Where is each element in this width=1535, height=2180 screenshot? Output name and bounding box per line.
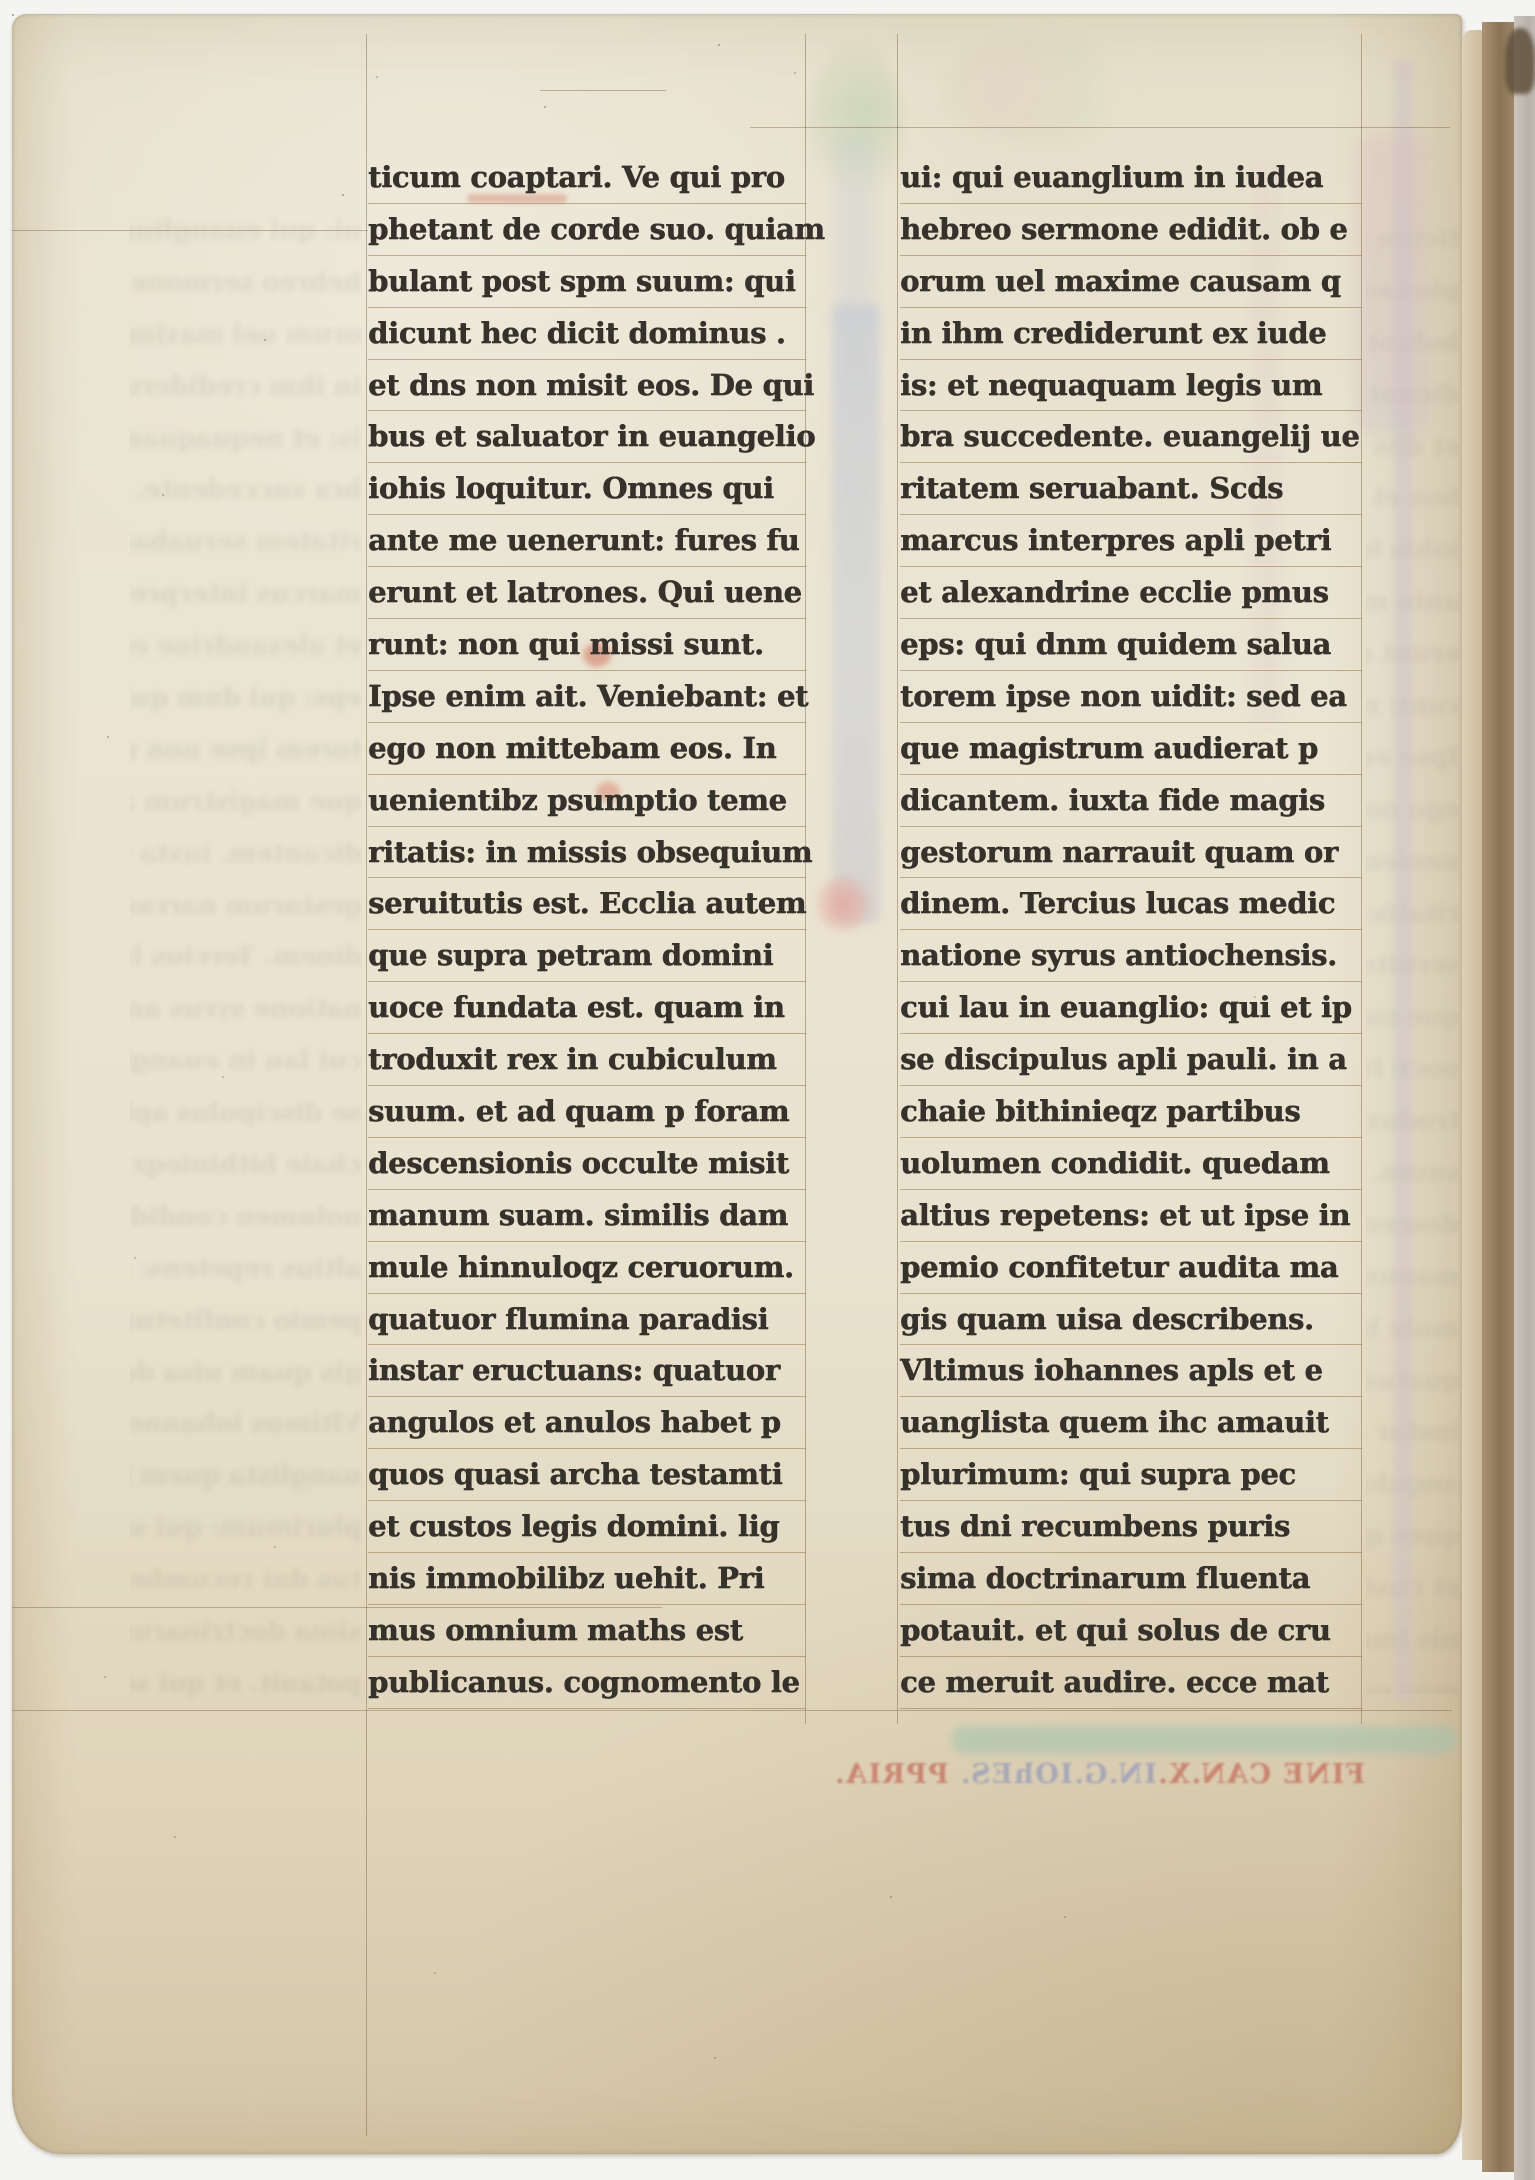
ghost-line: iohis loquitur. Omnes qui (1366, 525, 1460, 577)
manuscript-line: chaie bithinieqz partibus (900, 1086, 1362, 1138)
ghost-line: ante me uenerunt: fures fu (1366, 577, 1460, 629)
manuscript-line-text: ticum coaptari. Ve qui pro (368, 160, 785, 194)
manuscript-line-text: potauit. et qui solus de cru (900, 1613, 1331, 1647)
text-column-right: ui: qui euanglium in iudeahebreo sermone… (900, 152, 1362, 1709)
manuscript-line-text: mus omnium maths est (368, 1613, 743, 1647)
manuscript-line: que magistrum audierat p (900, 723, 1362, 775)
manuscript-line: uenientibz psumptio teme (368, 775, 806, 827)
manuscript-line-text: chaie bithinieqz partibus (900, 1094, 1300, 1128)
ghost-line: angulos et anulos habet p (1366, 1459, 1460, 1511)
manuscript-line: manum suam. similis dam (368, 1190, 806, 1242)
manuscript-line: dicantem. iuxta fide magis (900, 775, 1362, 827)
ghost-line: gestorum narrauit quam or (130, 881, 362, 933)
binding-shadow (1505, 28, 1535, 94)
manuscript-line: ce meruit audire. ecce mat (900, 1657, 1362, 1709)
ghost-line-text: nis immobilibz uehit. Pri (1366, 1625, 1460, 1655)
ghost-line-text: pemio confitetur audita ma (130, 1306, 362, 1336)
manuscript-line: runt: non qui missi sunt. (368, 619, 806, 671)
manuscript-line: ritatis: in missis obsequium (368, 827, 806, 879)
ghost-line-text: dinem. Tercius lucas medic (130, 942, 362, 972)
ghost-line: troduxit rex in cubiculum (1366, 1096, 1460, 1148)
ghost-line: ego non mittebam eos. In (1366, 785, 1460, 837)
manuscript-line-text: dicantem. iuxta fide magis (900, 783, 1325, 817)
ghost-line: dicunt hec dicit dominus . (1366, 370, 1460, 422)
manuscript-photo: ui: qui euanglium in iudeahebreo sermone… (0, 0, 1535, 2180)
manuscript-line-text: dinem. Tercius lucas medic (900, 886, 1335, 920)
ghost-line-text: que supra petram domini (1366, 1002, 1460, 1032)
manuscript-line-text: marcus interpres apli petri (900, 523, 1331, 557)
manuscript-line-text: in ihm crediderunt ex iude (900, 316, 1326, 350)
bleedthrough-bar-decoration (832, 304, 880, 924)
manuscript-line-text: uenientibz psumptio teme (368, 783, 787, 817)
manuscript-line: in ihm crediderunt ex iude (900, 308, 1362, 360)
ghost-line-text: suum. et ad quam p foram (1366, 1158, 1460, 1188)
ghost-line: orum uel maxime causam q (130, 310, 362, 362)
ghost-line-text: hebreo sermone edidit. ob e (130, 268, 362, 298)
manuscript-line-text: et dns non misit eos. De qui (368, 368, 814, 402)
manuscript-line: plurimum: qui supra pec (900, 1449, 1362, 1501)
parchment-page: ui: qui euanglium in iudeahebreo sermone… (12, 14, 1462, 2154)
ghost-line: potauit. et qui solus de cru (130, 1659, 362, 1706)
ghost-line: seruitutis est. Ecclia autem (1366, 940, 1460, 992)
ghost-line-text: runt: non qui missi sunt. (1366, 691, 1460, 721)
ghost-line-text: ante me uenerunt: fures fu (1366, 587, 1460, 617)
ghost-line-text: se discipulus apli pauli. in a (130, 1098, 362, 1128)
ghost-line: eps: qui dnm quidem salua (130, 673, 362, 725)
ghost-line-text: et alexandrine ecclie pmus (130, 631, 362, 661)
ghost-line: et custos legis domini. lig (1366, 1563, 1460, 1615)
manuscript-line: et custos legis domini. lig (368, 1501, 806, 1553)
manuscript-line-text: troduxit rex in cubiculum (368, 1042, 777, 1076)
manuscript-line: orum uel maxime causam q (900, 256, 1362, 308)
manuscript-line: altius repetens: et ut ipse in (900, 1190, 1362, 1242)
ghost-line: bus et saluator in euangelio (1366, 473, 1460, 525)
manuscript-line: pemio confitetur audita ma (900, 1242, 1362, 1294)
manuscript-line: is: et nequaquam legis um (900, 360, 1362, 412)
manuscript-line: uolumen condidit. quedam (900, 1138, 1362, 1190)
manuscript-line-text: ego non mittebam eos. In (368, 731, 776, 765)
manuscript-line: se discipulus apli pauli. in a (900, 1034, 1362, 1086)
manuscript-line-text: erunt et latrones. Qui uene (368, 575, 802, 609)
ghost-line-text: mus omnium maths est (1366, 1677, 1460, 1694)
manuscript-line: que supra petram domini (368, 930, 806, 982)
ruling-line-horizontal (540, 90, 666, 91)
manuscript-line-text: bulant post spm suum: qui (368, 264, 795, 298)
rubric-segment: IN.G.IOhES. (960, 1759, 1157, 1790)
ghost-line-text: torem ipse non uidit: sed ea (130, 735, 362, 765)
manuscript-line-text: angulos et anulos habet p (368, 1405, 781, 1439)
ghost-line: Ipse enim ait. Veniebant: et (1366, 733, 1460, 785)
manuscript-line-text: et custos legis domini. lig (368, 1509, 779, 1543)
ghost-line-text: gestorum narrauit quam or (130, 891, 362, 921)
manuscript-line: marcus interpres apli petri (900, 515, 1362, 567)
manuscript-line: uoce fundata est. quam in (368, 982, 806, 1034)
manuscript-line-text: orum uel maxime causam q (900, 264, 1341, 298)
manuscript-line-text: mule hinnuloqz ceruorum. (368, 1250, 794, 1284)
ghost-line-text: phetant de corde suo. quiam (1366, 276, 1460, 306)
ghost-line: mule hinnuloqz ceruorum. (1366, 1304, 1460, 1356)
ghost-line-text: ritatis: in missis obsequium (1366, 899, 1460, 929)
ghost-line: manum suam. similis dam (1366, 1252, 1460, 1304)
ghost-line: in ihm crediderunt ex iude (130, 362, 362, 414)
ghost-line-text: uoce fundata est. quam in (1366, 1054, 1460, 1084)
ghost-line: erunt et latrones. Qui uene (1366, 629, 1460, 681)
ghost-line: bra succedente. euangelij ue (130, 465, 362, 517)
ruling-line-horizontal (12, 1710, 1452, 1711)
ghost-line: is: et nequaquam legis um (130, 414, 362, 466)
ghost-line-text: angulos et anulos habet p (1366, 1469, 1460, 1499)
manuscript-line-text: se discipulus apli pauli. in a (900, 1042, 1347, 1076)
manuscript-line: instar eructuans: quatuor (368, 1345, 806, 1397)
manuscript-line: seruitutis est. Ecclia autem (368, 878, 806, 930)
manuscript-line: erunt et latrones. Qui uene (368, 567, 806, 619)
ghost-line: gis quam uisa describens. (130, 1348, 362, 1400)
ghost-line: uanglista quem ihc amauit (130, 1451, 362, 1503)
manuscript-line: sima doctrinarum fluenta (900, 1553, 1362, 1605)
manuscript-line: dicunt hec dicit dominus . (368, 308, 806, 360)
showthrough-text-left-margin: ui: qui euanglium in iudeahebreo sermone… (130, 206, 362, 1706)
manuscript-line: Vltimus iohannes apls et e (900, 1345, 1362, 1397)
ghost-line-text: uolumen condidit. quedam (130, 1202, 362, 1232)
bleedthrough-green-streak (952, 1726, 1457, 1754)
manuscript-line: iohis loquitur. Omnes qui (368, 463, 806, 515)
manuscript-line: potauit. et qui solus de cru (900, 1605, 1362, 1657)
manuscript-line-text: tus dni recumbens puris (900, 1509, 1290, 1543)
ghost-line: sima doctrinarum fluenta (130, 1607, 362, 1659)
manuscript-line: gestorum narrauit quam or (900, 827, 1362, 879)
ghost-line-text: descensionis occulte misit (1366, 1210, 1460, 1240)
ghost-line: phetant de corde suo. quiam (1366, 266, 1460, 318)
ghost-line: runt: non qui missi sunt. (1366, 681, 1460, 733)
manuscript-line-text: descensionis occulte misit (368, 1146, 789, 1180)
manuscript-line: troduxit rex in cubiculum (368, 1034, 806, 1086)
manuscript-line-text: seruitutis est. Ecclia autem (368, 886, 806, 920)
manuscript-line-text: manum suam. similis dam (368, 1198, 788, 1232)
manuscript-line-text: ui: qui euanglium in iudea (900, 160, 1323, 194)
ghost-line-text: bus et saluator in euangelio (1366, 483, 1460, 513)
ghost-line-text: altius repetens: et ut ipse in (130, 1254, 362, 1284)
manuscript-line-text: torem ipse non uidit: sed ea (900, 679, 1347, 713)
showthrough-text-right-margin: ticum coaptari. Ve qui prophetant de cor… (1366, 214, 1460, 1694)
ghost-line: et dns non misit eos. De qui (1366, 422, 1460, 474)
manuscript-line: Ipse enim ait. Veniebant: et (368, 671, 806, 723)
ghost-line: bulant post spm suum: qui (1366, 318, 1460, 370)
ghost-line-text: mule hinnuloqz ceruorum. (1366, 1314, 1460, 1344)
manuscript-line-text: cui lau in euanglio: qui et ip (900, 990, 1352, 1024)
manuscript-line: ticum coaptari. Ve qui pro (368, 152, 806, 204)
manuscript-line-text: uoce fundata est. quam in (368, 990, 785, 1024)
next-page-edge (1514, 16, 1535, 2180)
manuscript-line: tus dni recumbens puris (900, 1501, 1362, 1553)
manuscript-line-text: ce meruit audire. ecce mat (900, 1665, 1329, 1699)
ghost-line: tus dni recumbens puris (130, 1555, 362, 1607)
ghost-line: plurimum: qui supra pec (130, 1503, 362, 1555)
rubric-segment: PPRIA. (834, 1759, 960, 1790)
ghost-line-text: ui: qui euanglium in iudea (130, 216, 362, 246)
manuscript-line-text: pemio confitetur audita ma (900, 1250, 1338, 1284)
ghost-line-text: et custos legis domini. lig (1366, 1573, 1460, 1603)
ghost-line: descensionis occulte misit (1366, 1200, 1460, 1252)
ghost-line-text: Vltimus iohannes apls et e (130, 1409, 362, 1439)
ghost-line: uoce fundata est. quam in (1366, 1044, 1460, 1096)
ghost-line: dicantem. iuxta fide magis (130, 829, 362, 881)
manuscript-line: ego non mittebam eos. In (368, 723, 806, 775)
manuscript-line-text: quatuor flumina paradisi (368, 1302, 768, 1336)
ghost-line: nis immobilibz uehit. Pri (1366, 1615, 1460, 1667)
ghost-line: cui lau in euanglio: qui et ip (130, 1036, 362, 1088)
ghost-line: ui: qui euanglium in iudea (130, 206, 362, 258)
manuscript-line-text: dicunt hec dicit dominus . (368, 316, 786, 350)
showthrough-rubric-text: FINE CAN.X.IN.G.IOhES. PPRIA. (955, 1759, 1365, 1803)
ghost-line: mus omnium maths est (1366, 1667, 1460, 1694)
manuscript-line: et alexandrine ecclie pmus (900, 567, 1362, 619)
manuscript-line: phetant de corde suo. quiam (368, 204, 806, 256)
manuscript-line-text: natione syrus antiochensis. (900, 938, 1337, 972)
manuscript-line: publicanus. cognomento le (368, 1657, 806, 1709)
manuscript-line-text: Ipse enim ait. Veniebant: et (368, 679, 808, 713)
manuscript-line-text: phetant de corde suo. quiam (368, 212, 825, 246)
ghost-line: torem ipse non uidit: sed ea (130, 725, 362, 777)
manuscript-line: natione syrus antiochensis. (900, 930, 1362, 982)
ghost-line: instar eructuans: quatuor (1366, 1407, 1460, 1459)
manuscript-line: eps: qui dnm quidem salua (900, 619, 1362, 671)
manuscript-line-text: altius repetens: et ut ipse in (900, 1198, 1350, 1232)
ghost-line-text: uenientibz psumptio teme (1366, 847, 1460, 877)
manuscript-line-text: plurimum: qui supra pec (900, 1457, 1296, 1491)
manuscript-line-text: iohis loquitur. Omnes qui (368, 471, 774, 505)
ghost-line-text: orum uel maxime causam q (130, 320, 362, 350)
manuscript-line-text: bra succedente. euangelij ue (900, 419, 1359, 453)
text-column-left: ticum coaptari. Ve qui prophetant de cor… (368, 152, 806, 1709)
ghost-line: Vltimus iohannes apls et e (130, 1399, 362, 1451)
manuscript-line-text: gestorum narrauit quam or (900, 835, 1338, 869)
ghost-line-text: eps: qui dnm quidem salua (130, 683, 362, 713)
manuscript-line: gis quam uisa describens. (900, 1294, 1362, 1346)
manuscript-line: mus omnium maths est (368, 1605, 806, 1657)
manuscript-line: ante me uenerunt: fures fu (368, 515, 806, 567)
manuscript-line-text: instar eructuans: quatuor (368, 1353, 780, 1387)
manuscript-line-text: is: et nequaquam legis um (900, 368, 1322, 402)
ghost-line: et alexandrine ecclie pmus (130, 621, 362, 673)
manuscript-line: bus et saluator in euangelio (368, 411, 806, 463)
manuscript-line-text: que supra petram domini (368, 938, 773, 972)
manuscript-line: suum. et ad quam p foram (368, 1086, 806, 1138)
ghost-line: uolumen condidit. quedam (130, 1192, 362, 1244)
ghost-line-text: ritatem seruabant. Scds (130, 527, 362, 557)
ghost-line: suum. et ad quam p foram (1366, 1148, 1460, 1200)
manuscript-line-text: sima doctrinarum fluenta (900, 1561, 1310, 1595)
manuscript-line-text: ante me uenerunt: fures fu (368, 523, 799, 557)
ruling-line-horizontal (750, 127, 1450, 128)
ghost-line-text: tus dni recumbens puris (130, 1565, 362, 1595)
ghost-line-text: is: et nequaquam legis um (130, 424, 362, 454)
ghost-line: que supra petram domini (1366, 992, 1460, 1044)
ghost-line-text: plurimum: qui supra pec (130, 1513, 362, 1543)
ghost-line: ticum coaptari. Ve qui pro (1366, 214, 1460, 266)
ghost-line: marcus interpres apli petri (130, 569, 362, 621)
manuscript-line-text: Vltimus iohannes apls et e (900, 1353, 1323, 1387)
page-edge-strip (1462, 30, 1482, 2160)
manuscript-line: quatuor flumina paradisi (368, 1294, 806, 1346)
ghost-line-text: iohis loquitur. Omnes qui (1366, 535, 1460, 565)
ghost-line-text: dicunt hec dicit dominus . (1366, 380, 1460, 410)
rubric-segment: FINE CAN.X. (1157, 1759, 1365, 1790)
ghost-line-text: erunt et latrones. Qui uene (1366, 639, 1460, 669)
ghost-line: quatuor flumina paradisi (1366, 1356, 1460, 1408)
ghost-line: altius repetens: et ut ipse in (130, 1244, 362, 1296)
ghost-line: pemio confitetur audita ma (130, 1296, 362, 1348)
ghost-line-text: cui lau in euanglio: qui et ip (130, 1046, 362, 1076)
manuscript-line-text: uolumen condidit. quedam (900, 1146, 1329, 1180)
manuscript-line-text: publicanus. cognomento le (368, 1665, 800, 1699)
ruling-line-vertical (897, 34, 898, 1724)
manuscript-line-text: et alexandrine ecclie pmus (900, 575, 1329, 609)
manuscript-line: bulant post spm suum: qui (368, 256, 806, 308)
manuscript-line: cui lau in euanglio: qui et ip (900, 982, 1362, 1034)
ghost-line-text: ego non mittebam eos. In (1366, 795, 1460, 825)
ghost-line: uenientibz psumptio teme (1366, 837, 1460, 889)
manuscript-line-text: suum. et ad quam p foram (368, 1094, 789, 1128)
dirt-specks (12, 14, 14, 16)
ghost-line: se discipulus apli pauli. in a (130, 1088, 362, 1140)
ghost-line-text: quatuor flumina paradisi (1366, 1366, 1460, 1396)
manuscript-line: torem ipse non uidit: sed ea (900, 671, 1362, 723)
manuscript-line: uanglista quem ihc amauit (900, 1397, 1362, 1449)
ghost-line: quos quasi archa testamti (1366, 1511, 1460, 1563)
ghost-line-text: bra succedente. euangelij ue (130, 475, 362, 505)
bleedthrough-pink-blob (817, 876, 869, 932)
ruling-line-horizontal (12, 230, 368, 231)
manuscript-line-text: bus et saluator in euangelio (368, 419, 815, 453)
ghost-line-text: seruitutis est. Ecclia autem (1366, 950, 1460, 980)
ruling-line-vertical (366, 34, 367, 2136)
manuscript-line-text: ritatis: in missis obsequium (368, 835, 812, 869)
ghost-line-text: gis quam uisa describens. (130, 1358, 362, 1388)
ghost-line-text: chaie bithinieqz partibus (130, 1150, 362, 1180)
ghost-line-text: quos quasi archa testamti (1366, 1521, 1460, 1551)
manuscript-line: nis immobilibz uehit. Pri (368, 1553, 806, 1605)
ghost-line-text: troduxit rex in cubiculum (1366, 1106, 1460, 1136)
ghost-line-text: bulant post spm suum: qui (1366, 328, 1460, 358)
manuscript-line: et dns non misit eos. De qui (368, 360, 806, 412)
ghost-line-text: instar eructuans: quatuor (1366, 1417, 1460, 1447)
manuscript-line: angulos et anulos habet p (368, 1397, 806, 1449)
ghost-line-text: in ihm crediderunt ex iude (130, 372, 362, 402)
ghost-line-text: potauit. et qui solus de cru (130, 1669, 362, 1699)
manuscript-line: mule hinnuloqz ceruorum. (368, 1242, 806, 1294)
ghost-line: chaie bithinieqz partibus (130, 1140, 362, 1192)
manuscript-line-text: gis quam uisa describens. (900, 1302, 1314, 1336)
manuscript-line-text: runt: non qui missi sunt. (368, 627, 764, 661)
ghost-line-text: ticum coaptari. Ve qui pro (1366, 224, 1460, 254)
ghost-line: natione syrus antiochensis. (130, 984, 362, 1036)
manuscript-line-text: ritatem seruabant. Scds (900, 471, 1283, 505)
bleedthrough-bar-top (834, 134, 876, 324)
ghost-line-text: sima doctrinarum fluenta (130, 1617, 362, 1647)
book-fore-edge (1482, 22, 1514, 2172)
ghost-line-text: que magistrum audierat p (130, 787, 362, 817)
manuscript-line: dinem. Tercius lucas medic (900, 878, 1362, 930)
ghost-line: ritatis: in missis obsequium (1366, 889, 1460, 941)
manuscript-line-text: eps: qui dnm quidem salua (900, 627, 1331, 661)
manuscript-line: descensionis occulte misit (368, 1138, 806, 1190)
manuscript-line-text: hebreo sermone edidit. ob e (900, 212, 1347, 246)
ghost-line: dinem. Tercius lucas medic (130, 932, 362, 984)
manuscript-line-text: nis immobilibz uehit. Pri (368, 1561, 764, 1595)
ghost-line-text: dicantem. iuxta fide magis (130, 839, 362, 869)
manuscript-line: quos quasi archa testamti (368, 1449, 806, 1501)
ghost-line-text: uanglista quem ihc amauit (130, 1461, 362, 1491)
ghost-line: que magistrum audierat p (130, 777, 362, 829)
manuscript-line-text: uanglista quem ihc amauit (900, 1405, 1329, 1439)
ghost-line-text: manum suam. similis dam (1366, 1262, 1460, 1292)
manuscript-line-text: que magistrum audierat p (900, 731, 1318, 765)
manuscript-line-text: quos quasi archa testamti (368, 1457, 782, 1491)
ghost-line-text: Ipse enim ait. Veniebant: et (1366, 743, 1460, 773)
ghost-line-text: marcus interpres apli petri (130, 579, 362, 609)
manuscript-line: bra succedente. euangelij ue (900, 411, 1362, 463)
ghost-line: hebreo sermone edidit. ob e (130, 258, 362, 310)
manuscript-line: ui: qui euanglium in iudea (900, 152, 1362, 204)
ghost-line-text: natione syrus antiochensis. (130, 994, 362, 1024)
ghost-line: ritatem seruabant. Scds (130, 517, 362, 569)
manuscript-line: hebreo sermone edidit. ob e (900, 204, 1362, 256)
manuscript-line: ritatem seruabant. Scds (900, 463, 1362, 515)
ghost-line-text: et dns non misit eos. De qui (1366, 432, 1460, 462)
